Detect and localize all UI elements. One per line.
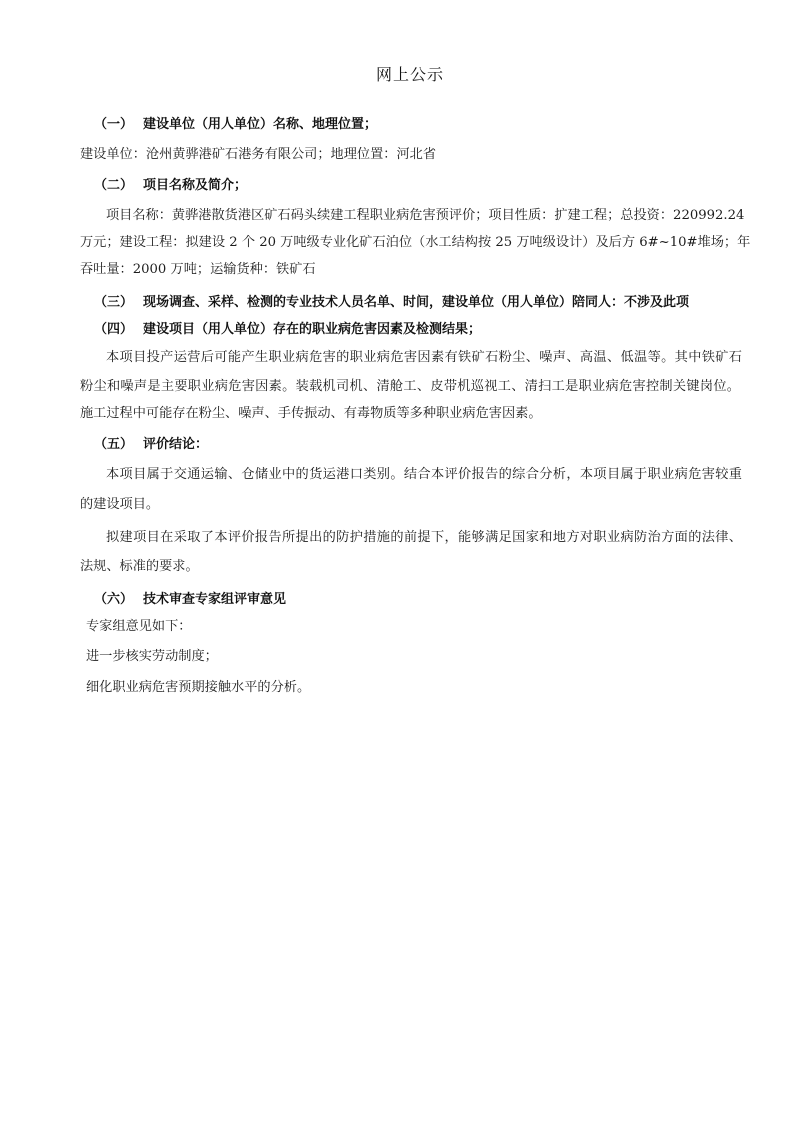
paragraph-line: 施工过程中可能存在粉尘、噪声、手传振动、有毒物质等多种职业病危害因素。 — [80, 405, 740, 423]
paragraph-line: 万元；建设工程：拟建设 2 个 20 万吨级专业化矿石泊位（水工结构按 25 万… — [80, 234, 740, 252]
paragraph-line: 吞吐量：2000 万吨；运输货种：铁矿石 — [80, 261, 740, 279]
section-number: （一） — [94, 116, 133, 134]
paragraph-line: 专家组意见如下： — [86, 618, 746, 636]
section-title: 现场调查、采样、检测的专业技术人员名单、时间，建设单位（用人单位）陪同人：不涉及… — [143, 295, 689, 310]
section-title: 评价结论： — [143, 437, 208, 452]
paragraph-line: 项目名称：黄骅港散货港区矿石码头续建工程职业病危害预评价；项目性质：扩建工程；总… — [106, 207, 742, 225]
section-number: （四） — [94, 321, 133, 339]
paragraph-line: 法规、标准的要求。 — [80, 558, 740, 576]
section-title: 技术审查专家组评审意见 — [143, 592, 286, 607]
paragraph-line: 拟建项目在采取了本评价报告所提出的防护措施的前提下，能够满足国家和地方对职业病防… — [106, 529, 742, 547]
document-page: 网上公示 （一）建设单位（用人单位）名称、地理位置； 建设单位：沧州黄骅港矿石港… — [0, 0, 800, 1131]
page-title: 网上公示 — [0, 62, 800, 85]
section-heading-5: （五）评价结论： — [94, 436, 754, 454]
paragraph-line: 进一步核实劳动制度； — [86, 648, 746, 666]
section-number: （五） — [94, 436, 133, 454]
section-heading-1: （一）建设单位（用人单位）名称、地理位置； — [94, 116, 754, 134]
paragraph-line: 细化职业病危害预期接触水平的分析。 — [86, 679, 746, 697]
section-number: （六） — [94, 591, 133, 609]
paragraph-line: 本项目投产运营后可能产生职业病危害的职业病危害因素有铁矿石粉尘、噪声、高温、低温… — [106, 349, 742, 367]
paragraph-line: 建设单位：沧州黄骅港矿石港务有限公司；地理位置：河北省 — [80, 146, 740, 164]
section-title: 建设单位（用人单位）名称、地理位置； — [143, 117, 377, 132]
section-number: （二） — [94, 177, 133, 195]
section-heading-6: （六）技术审查专家组评审意见 — [94, 591, 754, 609]
section-heading-4: （四）建设项目（用人单位）存在的职业病危害因素及检测结果； — [94, 321, 754, 339]
section-number: （三） — [94, 294, 133, 312]
paragraph-line: 本项目属于交通运输、仓储业中的货运港口类别。结合本评价报告的综合分析，本项目属于… — [106, 466, 742, 484]
section-title: 项目名称及简介； — [143, 178, 247, 193]
section-title: 建设项目（用人单位）存在的职业病危害因素及检测结果； — [143, 322, 481, 337]
section-heading-2: （二）项目名称及简介； — [94, 177, 754, 195]
paragraph-line: 粉尘和噪声是主要职业病危害因素。装载机司机、清舱工、皮带机巡视工、清扫工是职业病… — [80, 378, 740, 396]
paragraph-line: 的建设项目。 — [80, 496, 740, 514]
section-heading-3: （三）现场调查、采样、检测的专业技术人员名单、时间，建设单位（用人单位）陪同人：… — [94, 294, 754, 312]
